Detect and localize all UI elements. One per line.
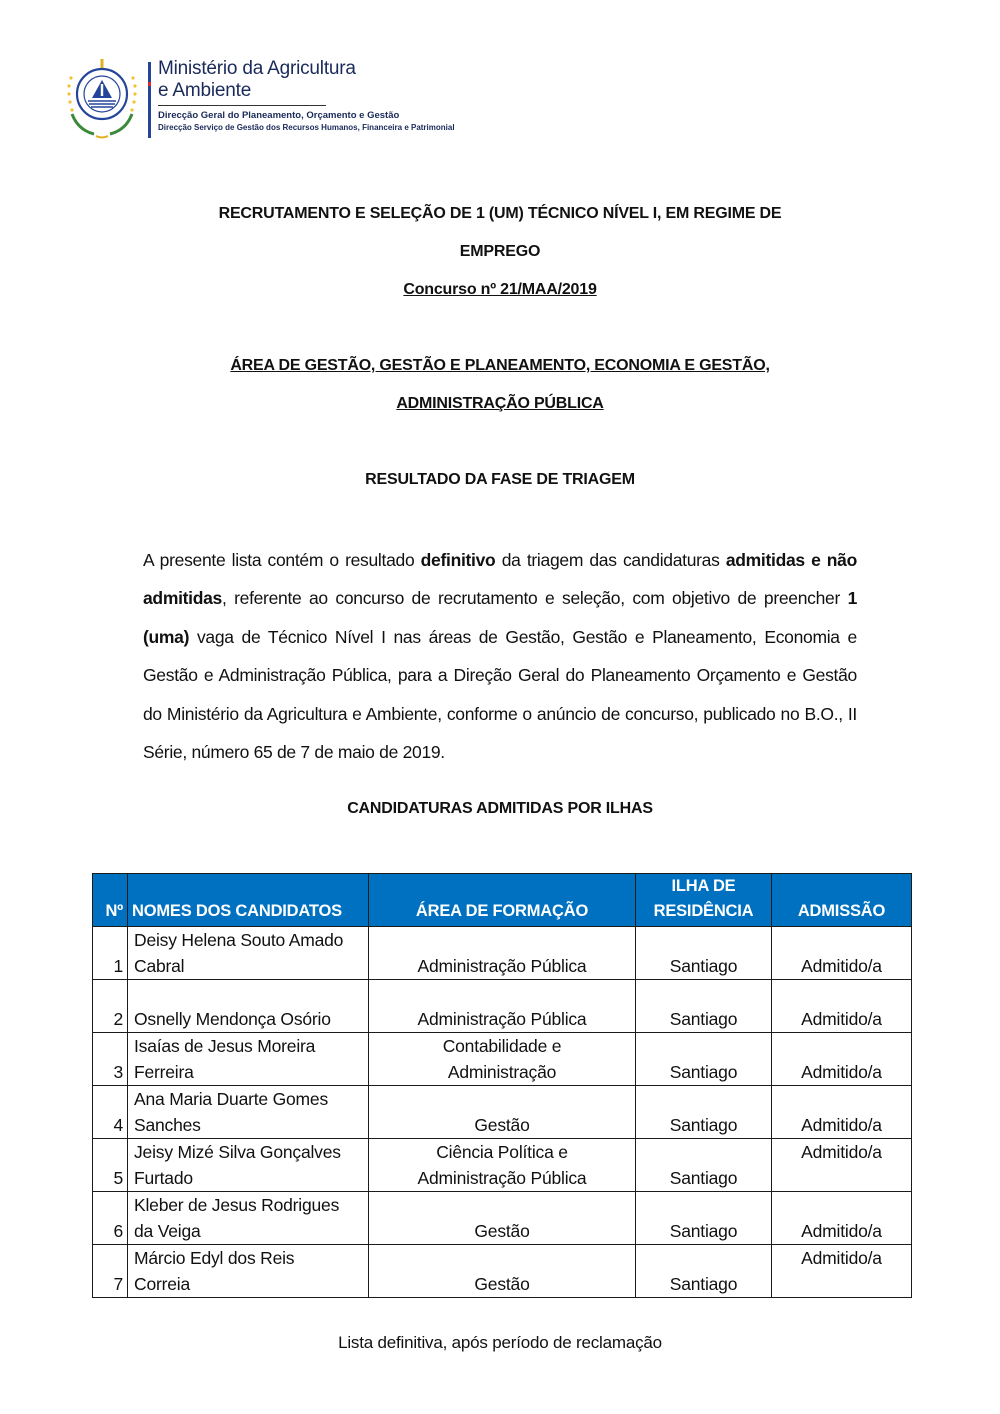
col-header-island-line1: ILHA DE xyxy=(640,874,767,899)
cell-area-line1 xyxy=(373,1192,631,1218)
cell-area: Ciência Política eAdministração Pública xyxy=(369,1139,636,1192)
col-header-island-line2: RESIDÊNCIA xyxy=(640,899,767,924)
cell-area: Contabilidade eAdministração xyxy=(369,1033,636,1086)
footer-note: Lista definitiva, após período de reclam… xyxy=(0,1333,1000,1353)
cell-area-line1: Contabilidade e xyxy=(373,1033,631,1059)
area-line-2-text: ADMINISTRAÇÃO PÚBLICA xyxy=(396,395,603,412)
department-1: Direcção Geral do Planeamento, Orçamento… xyxy=(158,110,399,121)
cell-island: Santiago xyxy=(636,980,772,1033)
cell-name-line2: Furtado xyxy=(134,1165,364,1191)
table-header-row: Nº NOMES DOS CANDIDATOS ÁREA DE FORMAÇÃO… xyxy=(93,874,912,927)
cell-admission: Admitido/a xyxy=(772,1033,912,1086)
cell-number: 4 xyxy=(93,1086,128,1139)
cell-admission: Admitido/a xyxy=(772,1245,912,1298)
cell-area-line2: Administração Pública xyxy=(373,1165,631,1191)
cabo-verde-coat-of-arms-icon xyxy=(64,56,140,142)
cell-island: Santiago xyxy=(636,1192,772,1245)
cell-area-line1 xyxy=(373,980,631,1006)
table-row: 4Ana Maria Duarte GomesSanches GestãoSan… xyxy=(93,1086,912,1139)
table-heading: CANDIDATURAS ADMITIDAS POR ILHAS xyxy=(0,800,1000,818)
col-header-name: NOMES DOS CANDIDATOS xyxy=(128,874,369,927)
cell-name: Deisy Helena Souto AmadoCabral xyxy=(128,927,369,980)
cell-name: Osnelly Mendonça Osório xyxy=(128,980,369,1033)
paragraph-text-4: vaga de Técnico Nível I nas áreas de Ges… xyxy=(143,627,857,762)
cell-admission: Admitido/a xyxy=(772,927,912,980)
table-row: 2 Osnelly Mendonça Osório Administração … xyxy=(93,980,912,1033)
cell-area-line2: Administração xyxy=(373,1059,631,1085)
cell-name: Márcio Edyl dos ReisCorreia xyxy=(128,1245,369,1298)
cell-area-line2: Gestão xyxy=(373,1271,631,1297)
cell-island: Santiago xyxy=(636,1139,772,1192)
cell-area-line2: Gestão xyxy=(373,1218,631,1244)
paragraph-text-1: A presente lista contém o resultado xyxy=(143,550,421,570)
cell-number: 2 xyxy=(93,980,128,1033)
table-row: 1Deisy Helena Souto AmadoCabral Administ… xyxy=(93,927,912,980)
cell-island: Santiago xyxy=(636,1086,772,1139)
cell-name: Isaías de Jesus MoreiraFerreira xyxy=(128,1033,369,1086)
brand-divider-accent xyxy=(148,82,151,86)
cell-area-line2: Administração Pública xyxy=(373,953,631,979)
department-2: Direcção Serviço de Gestão dos Recursos … xyxy=(158,123,455,132)
ministry-name-line1: Ministério da Agricultura xyxy=(158,58,356,80)
cell-name-line2: Correia xyxy=(134,1271,364,1297)
table-row: 6Kleber de Jesus Rodriguesda Veiga Gestã… xyxy=(93,1192,912,1245)
cell-name: Ana Maria Duarte GomesSanches xyxy=(128,1086,369,1139)
ministry-name-line2: e Ambiente xyxy=(158,80,356,102)
intro-paragraph: A presente lista contém o resultado defi… xyxy=(143,541,857,771)
ministry-name: Ministério da Agricultura e Ambiente xyxy=(158,58,356,102)
cell-area-line2: Gestão xyxy=(373,1112,631,1138)
cell-name-line1: Kleber de Jesus Rodrigues xyxy=(134,1192,364,1218)
paragraph-text-2: da triagem das candidaturas xyxy=(495,550,725,570)
cell-admission: Admitido/a xyxy=(772,980,912,1033)
cell-name-line2: da Veiga xyxy=(134,1218,364,1244)
cell-area-line2: Administração Pública xyxy=(373,1006,631,1032)
cell-name-line2: Sanches xyxy=(134,1112,364,1138)
cell-area-line1 xyxy=(373,1086,631,1112)
col-header-number: Nº xyxy=(93,874,128,927)
table-row: 7Márcio Edyl dos ReisCorreia GestãoSanti… xyxy=(93,1245,912,1298)
area-line-1: ÁREA DE GESTÃO, GESTÃO E PLANEAMENTO, EC… xyxy=(0,357,1000,375)
table-row: 3Isaías de Jesus MoreiraFerreiraContabil… xyxy=(93,1033,912,1086)
col-header-admission: ADMISSÃO xyxy=(772,874,912,927)
contest-number-text: Concurso nº 21/MAA/2019 xyxy=(403,281,596,298)
paragraph-bold-1: definitivo xyxy=(421,550,496,570)
cell-area: Administração Pública xyxy=(369,927,636,980)
cell-area: Administração Pública xyxy=(369,980,636,1033)
cell-number: 3 xyxy=(93,1033,128,1086)
cell-area-line1 xyxy=(373,1245,631,1271)
title-line-2: EMPREGO xyxy=(0,243,1000,261)
letterhead: Ministério da Agricultura e Ambiente Dir… xyxy=(64,56,454,146)
cell-name-line1: Ana Maria Duarte Gomes xyxy=(134,1086,364,1112)
ministry-rule xyxy=(158,105,326,106)
cell-number: 6 xyxy=(93,1192,128,1245)
cell-name: Jeisy Mizé Silva GonçalvesFurtado xyxy=(128,1139,369,1192)
brand-divider xyxy=(148,62,151,138)
cell-island: Santiago xyxy=(636,1245,772,1298)
candidates-table: Nº NOMES DOS CANDIDATOS ÁREA DE FORMAÇÃO… xyxy=(92,873,912,1298)
cell-name-line2: Ferreira xyxy=(134,1059,364,1085)
cell-admission: Admitido/a xyxy=(772,1139,912,1192)
cell-island: Santiago xyxy=(636,1033,772,1086)
cell-area: Gestão xyxy=(369,1245,636,1298)
cell-number: 5 xyxy=(93,1139,128,1192)
cell-island: Santiago xyxy=(636,927,772,980)
result-heading: RESULTADO DA FASE DE TRIAGEM xyxy=(0,471,1000,489)
cell-number: 1 xyxy=(93,927,128,980)
cell-name-line2: Cabral xyxy=(134,953,364,979)
cell-name-line1: Márcio Edyl dos Reis xyxy=(134,1245,364,1271)
cell-name-line1: Isaías de Jesus Moreira xyxy=(134,1033,364,1059)
cell-area: Gestão xyxy=(369,1086,636,1139)
paragraph-text-3: , referente ao concurso de recrutamento … xyxy=(222,588,848,608)
cell-name-line1 xyxy=(134,980,364,1006)
area-line-2: ADMINISTRAÇÃO PÚBLICA xyxy=(0,395,1000,413)
col-header-area: ÁREA DE FORMAÇÃO xyxy=(369,874,636,927)
col-header-island: ILHA DE RESIDÊNCIA xyxy=(636,874,772,927)
cell-name-line2: Osnelly Mendonça Osório xyxy=(134,1006,364,1032)
cell-admission: Admitido/a xyxy=(772,1192,912,1245)
area-line-1-text: ÁREA DE GESTÃO, GESTÃO E PLANEAMENTO, EC… xyxy=(230,357,769,374)
contest-number: Concurso nº 21/MAA/2019 xyxy=(0,281,1000,299)
table-row: 5Jeisy Mizé Silva GonçalvesFurtadoCiênci… xyxy=(93,1139,912,1192)
cell-number: 7 xyxy=(93,1245,128,1298)
cell-area-line1 xyxy=(373,927,631,953)
cell-name-line1: Deisy Helena Souto Amado xyxy=(134,927,364,953)
cell-name: Kleber de Jesus Rodriguesda Veiga xyxy=(128,1192,369,1245)
cell-area-line1: Ciência Política e xyxy=(373,1139,631,1165)
cell-admission: Admitido/a xyxy=(772,1086,912,1139)
title-line-1: RECRUTAMENTO E SELEÇÃO DE 1 (UM) TÉCNICO… xyxy=(0,205,1000,223)
cell-name-line1: Jeisy Mizé Silva Gonçalves xyxy=(134,1139,364,1165)
cell-area: Gestão xyxy=(369,1192,636,1245)
